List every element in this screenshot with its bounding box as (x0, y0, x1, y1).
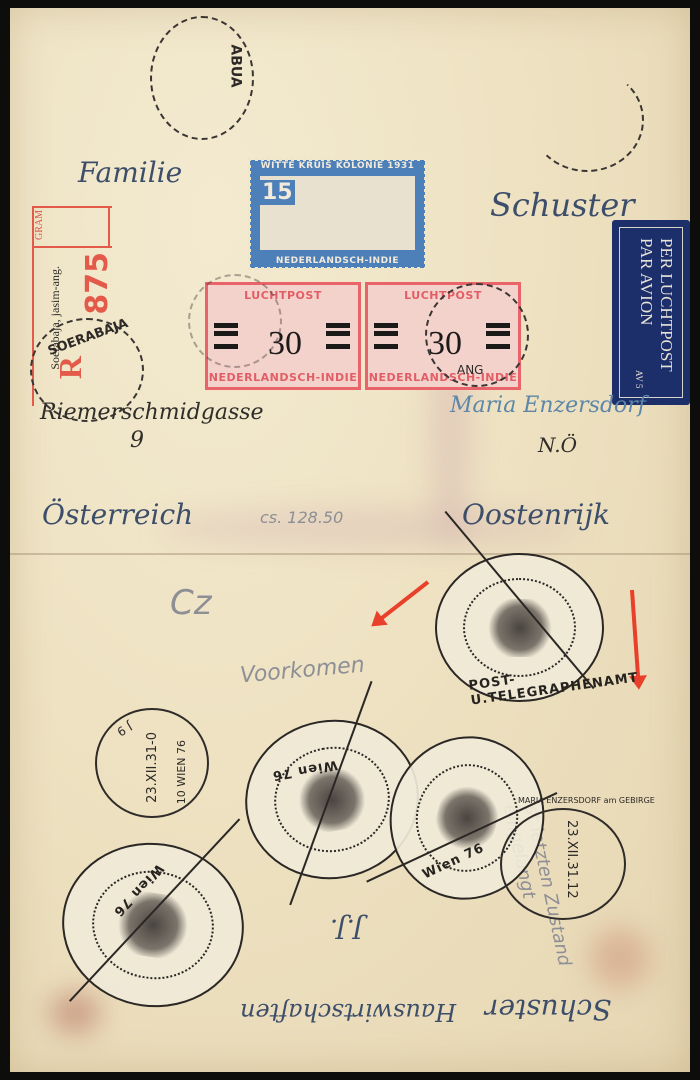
address-region: N.Ö (538, 433, 577, 457)
obliterating-bars (374, 323, 398, 349)
address-street: Riemerschmidgasse (40, 400, 264, 425)
postmark-wien-76: 23.XII.31-0 10 WIEN 76 J 9 (95, 708, 209, 818)
red-arrow-left (378, 580, 429, 621)
postmark-on-stamp (188, 274, 282, 368)
label-border (108, 206, 110, 246)
wax-stain (590, 928, 650, 988)
address-name: Schuster (490, 186, 635, 224)
signature-initials: J.J. (330, 913, 363, 943)
signature-line-1: Hauswirtschaften (240, 998, 456, 1026)
postmark-top-left: ABUA (150, 16, 254, 140)
label-border (32, 206, 112, 208)
postmark-on-stamp: ANG (425, 283, 529, 387)
stamp-witte-kruis: WITTE KRUIS KOLONIE 1931 15 NEDERLANDSCH… (250, 160, 425, 268)
postmark-top-right (530, 68, 644, 172)
postmark-maria-enzersdorf: 23.XII.31.12 MARIA ENZERSDORF am GEBIRGE (500, 808, 626, 920)
seal-post-telegraphenamt-4: Wien 76 (51, 831, 254, 1019)
label-border (32, 246, 112, 248)
airmail-label: PER LUCHTPOST PAR AVION AV 5 (612, 220, 690, 405)
address-country-de: Österreich (42, 498, 193, 531)
pencil-note-1: Cz (170, 583, 212, 623)
pencil-note-2: Voorkomen (239, 653, 366, 689)
address-house-number: 9 (130, 428, 144, 453)
address-country-nl: Oostenrijk (462, 498, 610, 531)
seal-post-telegraphenamt-1: POST-U.TELEGRAPHENAMT (435, 553, 604, 702)
wax-stain (50, 993, 100, 1033)
obliterating-bars (326, 323, 350, 349)
fold-line (10, 553, 690, 555)
signature-name: Schuster (485, 993, 612, 1026)
pencil-catalogue-note: cs. 128.50 (260, 508, 343, 527)
address-line-familie: Familie (78, 156, 182, 189)
postal-cover: ABUA WITTE KRUIS KOLONIE 1931 15 NEDERLA… (10, 8, 690, 1072)
address-town: Maria Enzersdorf (450, 393, 646, 418)
